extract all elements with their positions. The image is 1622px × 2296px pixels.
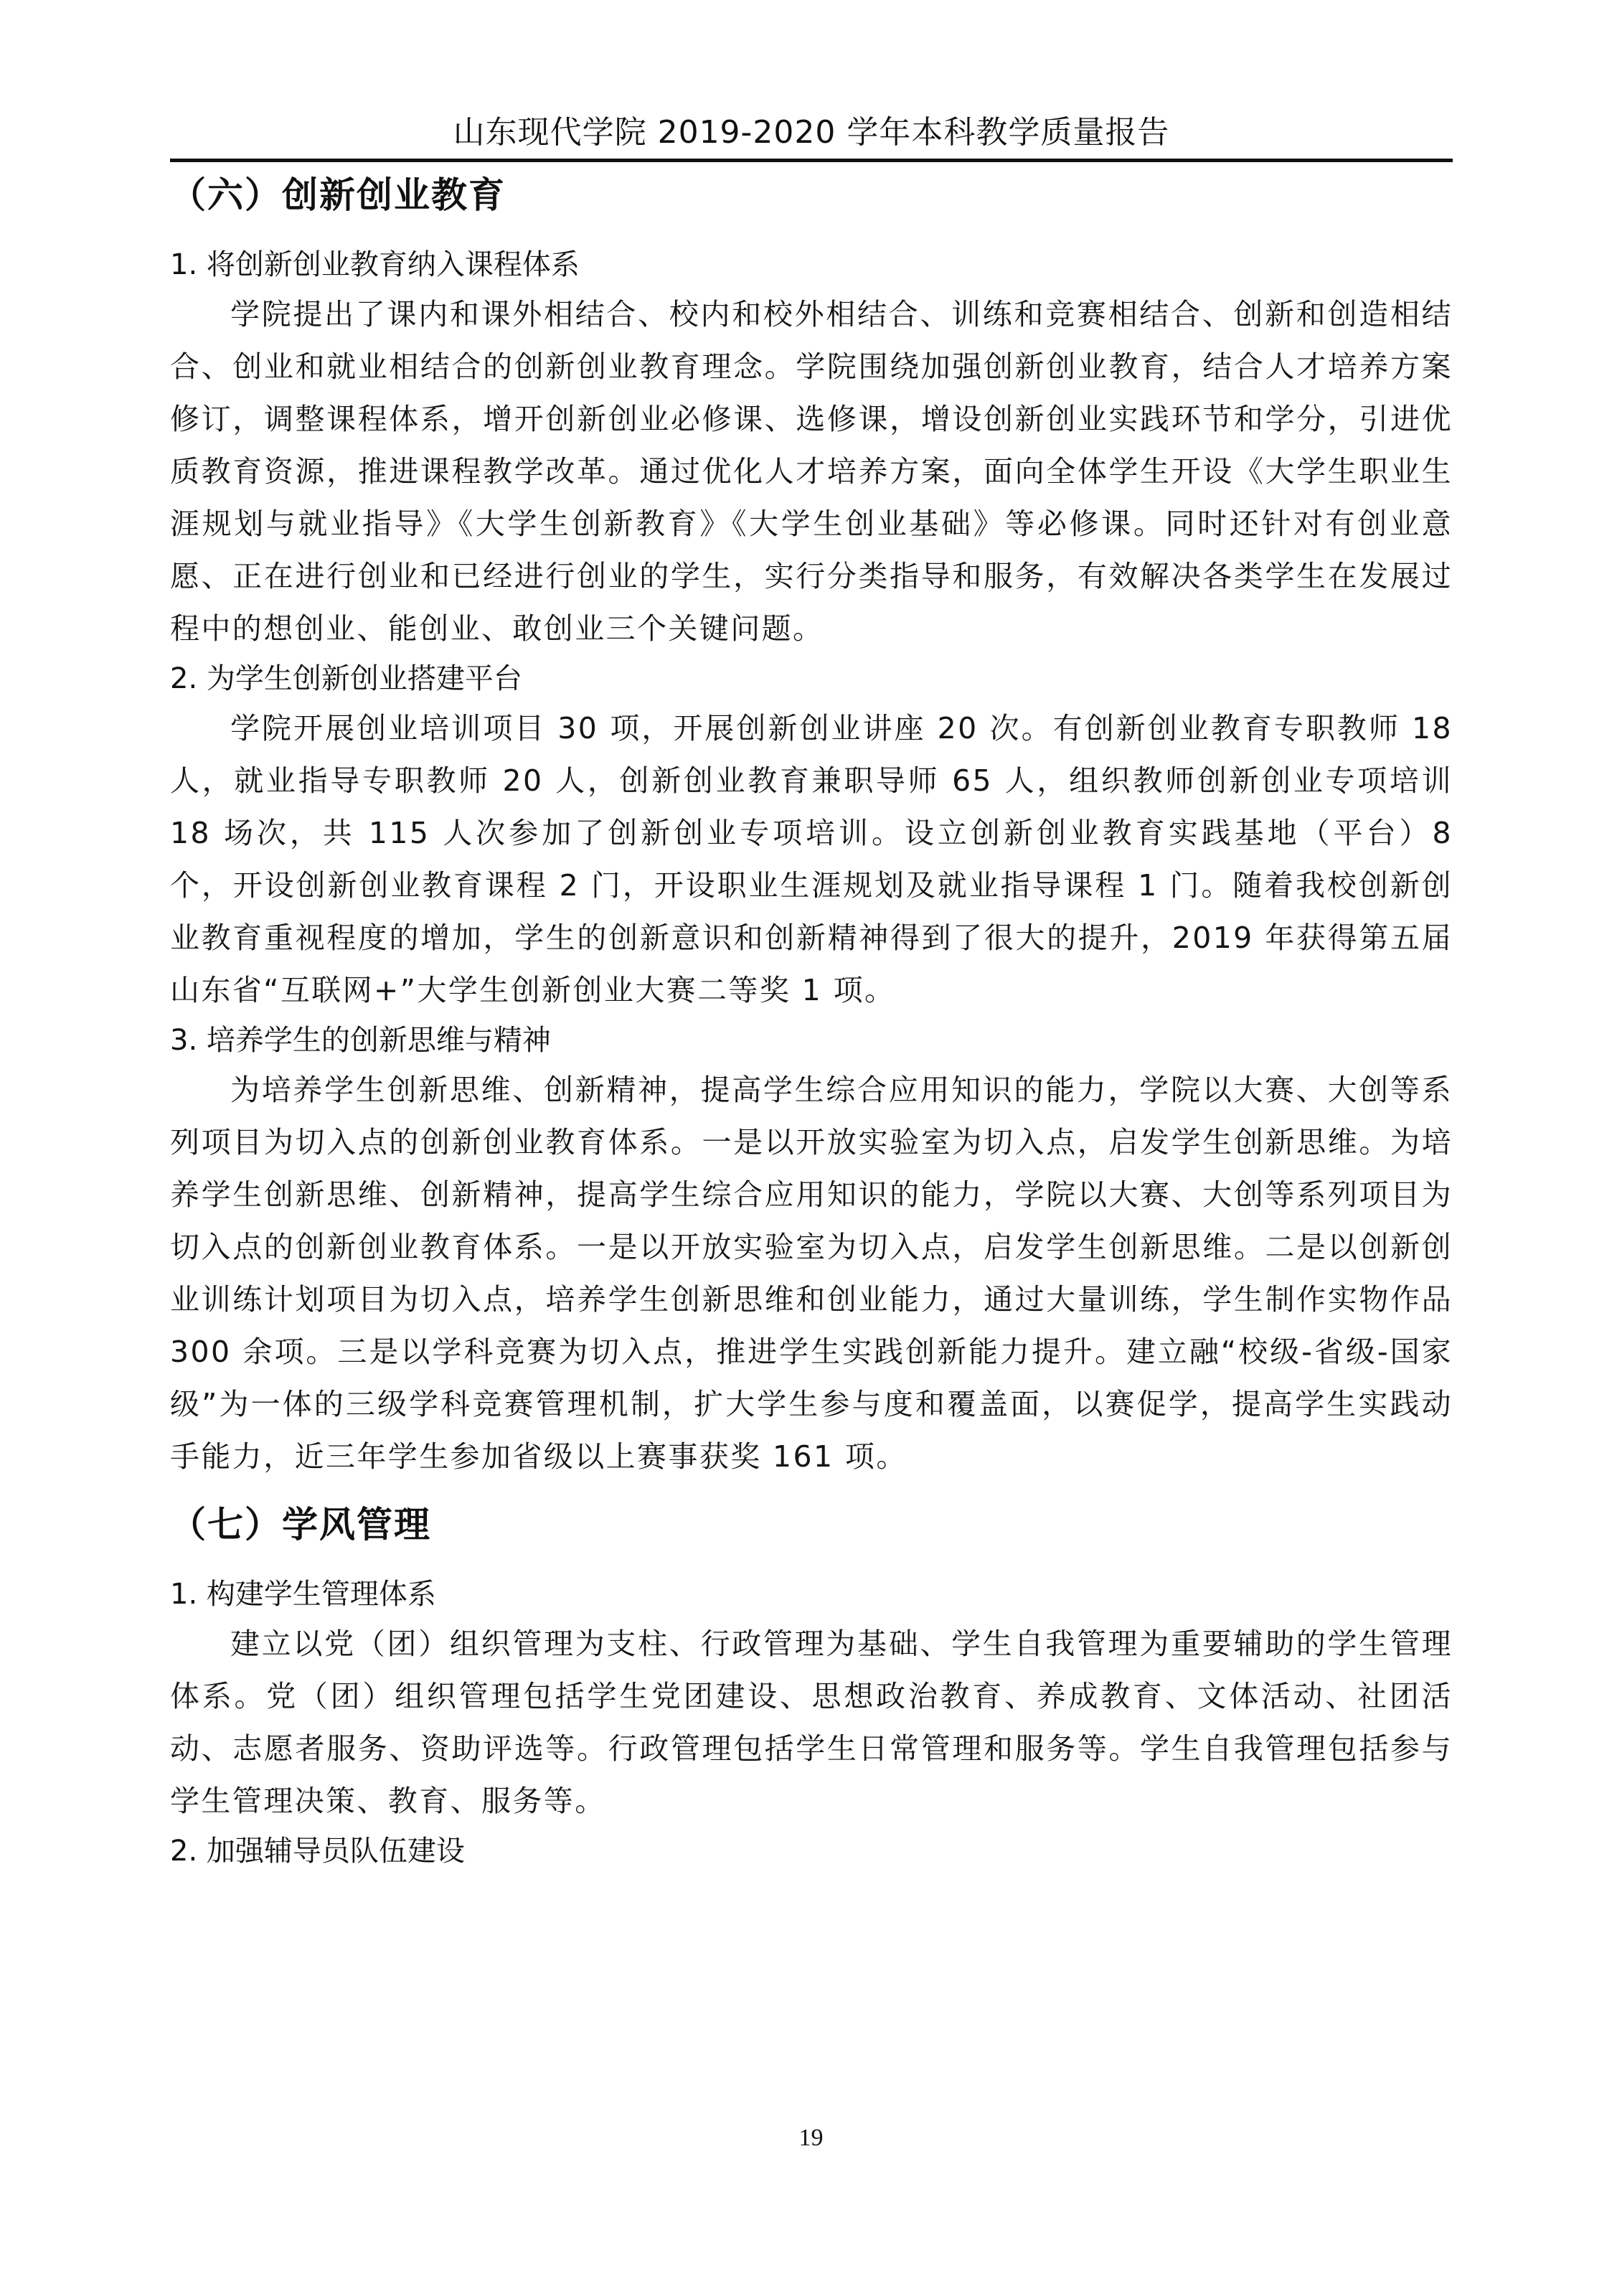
- document-page: 山东现代学院 2019-2020 学年本科教学质量报告 （六）创新创业教育 1.…: [0, 0, 1622, 2296]
- subsection: 2. 为学生创新创业搭建平台 学院开展创业培训项目 30 项，开展创新创业讲座 …: [170, 655, 1453, 1017]
- body-paragraph: 为培养学生创新思维、创新精神，提高学生综合应用知识的能力，学院以大赛、大创等系列…: [170, 1064, 1453, 1483]
- page-content: （六）创新创业教育 1. 将创新创业教育纳入课程体系 学院提出了课内和课外相结合…: [170, 166, 1453, 1875]
- subsection-heading: 3. 培养学生的创新思维与精神: [170, 1017, 1453, 1064]
- header-rule: [170, 159, 1453, 162]
- subsection-heading: 1. 将创新创业教育纳入课程体系: [170, 241, 1453, 288]
- subsection: 1. 构建学生管理体系 建立以党（团）组织管理为支柱、行政管理为基础、学生自我管…: [170, 1571, 1453, 1827]
- section-title: （六）创新创业教育: [170, 166, 1453, 224]
- subsection: 3. 培养学生的创新思维与精神 为培养学生创新思维、创新精神，提高学生综合应用知…: [170, 1017, 1453, 1483]
- subsection-heading: 2. 加强辅导员队伍建设: [170, 1827, 1453, 1875]
- body-paragraph: 学院提出了课内和课外相结合、校内和校外相结合、训练和竞赛相结合、创新和创造相结合…: [170, 288, 1453, 655]
- running-header: 山东现代学院 2019-2020 学年本科教学质量报告: [170, 113, 1453, 152]
- subsection: 1. 将创新创业教育纳入课程体系 学院提出了课内和课外相结合、校内和校外相结合、…: [170, 241, 1453, 655]
- subsection-heading: 2. 为学生创新创业搭建平台: [170, 655, 1453, 702]
- page-number: 19: [0, 2124, 1622, 2152]
- section-innovation-entrepreneurship: （六）创新创业教育 1. 将创新创业教育纳入课程体系 学院提出了课内和课外相结合…: [170, 166, 1453, 1483]
- subsection-heading: 1. 构建学生管理体系: [170, 1571, 1453, 1618]
- body-paragraph: 学院开展创业培训项目 30 项，开展创新创业讲座 20 次。有创新创业教育专职教…: [170, 702, 1453, 1017]
- section-study-style-management: （七）学风管理 1. 构建学生管理体系 建立以党（团）组织管理为支柱、行政管理为…: [170, 1496, 1453, 1875]
- body-paragraph: 建立以党（团）组织管理为支柱、行政管理为基础、学生自我管理为重要辅助的学生管理体…: [170, 1618, 1453, 1827]
- subsection: 2. 加强辅导员队伍建设: [170, 1827, 1453, 1875]
- section-title: （七）学风管理: [170, 1496, 1453, 1553]
